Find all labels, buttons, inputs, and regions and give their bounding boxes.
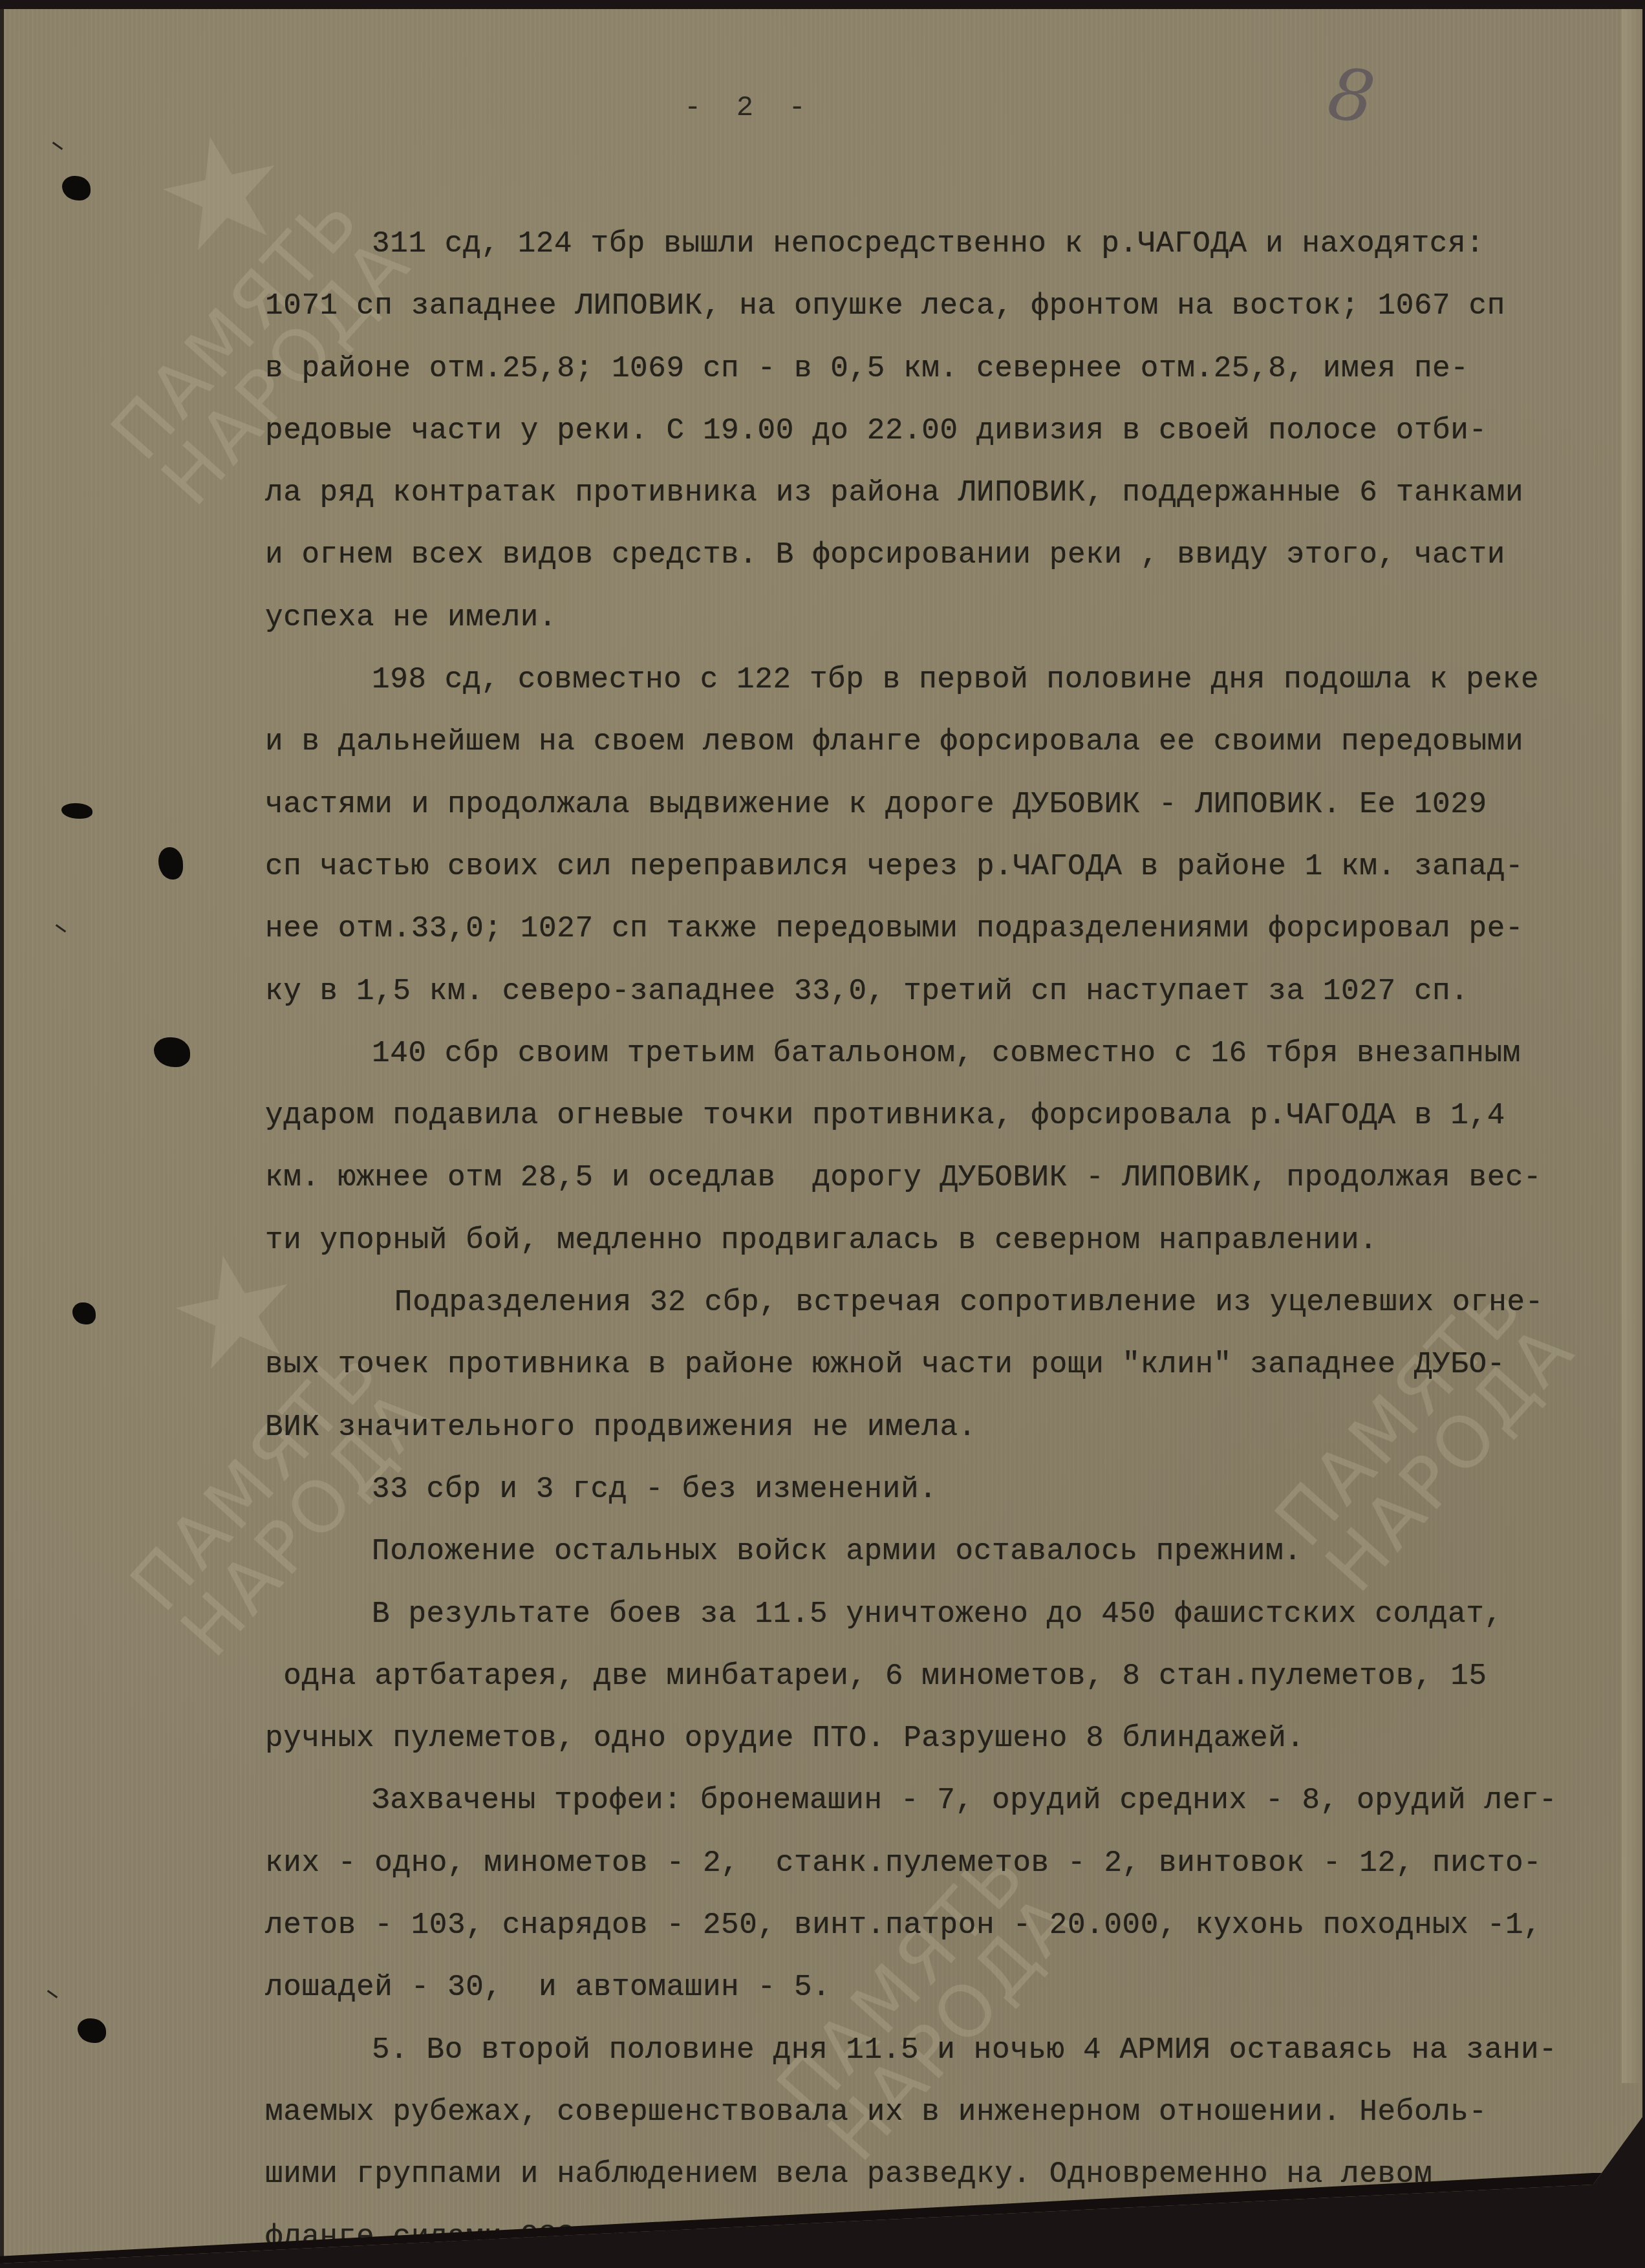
text-line: В результате боев за 11.5 уничтожено до … (265, 1583, 1610, 1645)
paper-mark (47, 1990, 58, 1998)
document-page: ★ ПАМЯТЬ НАРОДА ★ ПАМЯТЬ НАРОДА ПАМЯТЬ Н… (0, 9, 1642, 2263)
text-line: ла ряд контратак противника из района ЛИ… (265, 462, 1610, 524)
text-line: частями и продолжала выдвижение к дороге… (265, 773, 1610, 836)
text-line: 140 сбр своим третьим батальоном, совмес… (265, 1022, 1610, 1085)
paper-mark (56, 924, 66, 933)
punch-hole (62, 176, 91, 200)
text-line: летов - 103, снарядов - 250, винт.патрон… (265, 1894, 1610, 1956)
page-number: - 2 - (684, 92, 815, 124)
text-line: ти упорный бой, медленно продвигалась в … (265, 1209, 1610, 1271)
text-line: сп частью своих сил переправился через р… (265, 836, 1610, 898)
text-line: 311 сд, 124 тбр вышли непосредственно к … (265, 213, 1610, 275)
text-line: нее отм.33,0; 1027 сп также передовыми п… (265, 898, 1610, 960)
text-line: 33 сбр и 3 гсд - без изменений. (265, 1458, 1610, 1520)
text-line: 1071 сп западнее ЛИПОВИК, на опушке леса… (265, 275, 1610, 337)
handwritten-folio-number: 8 (1323, 52, 1379, 140)
text-line: 5. Во второй половине дня 11.5 и ночью 4… (265, 2019, 1610, 2081)
punch-hole (78, 2018, 106, 2043)
scan-edge-left (0, 9, 4, 2263)
text-line: успеха не имели. (265, 587, 1610, 649)
text-line: вых точек противника в районе южной част… (265, 1334, 1610, 1396)
text-line: ВИК значительного продвижения не имела. (265, 1396, 1610, 1458)
text-line: км. южнее отм 28,5 и оседлав дорогу ДУБО… (265, 1147, 1610, 1209)
text-line: ких - одно, минометов - 2, станк.пулемет… (265, 1832, 1610, 1894)
text-line: в районе отм.25,8; 1069 сп - в 0,5 км. с… (265, 338, 1610, 400)
text-line: и в дальнейшем на своем левом фланге фор… (265, 711, 1610, 773)
punch-hole (72, 1302, 96, 1324)
text-line: маемых рубежах, совершенствовала их в ин… (265, 2081, 1610, 2143)
text-line: Положение остальных войск армии оставало… (265, 1520, 1610, 1582)
text-line: одна артбатарея, две минбатареи, 6 мином… (265, 1645, 1610, 1707)
punch-hole (154, 1037, 190, 1067)
text-line: Подразделения 32 сбр, встречая сопротивл… (265, 1271, 1610, 1334)
text-line: Захвачены трофеи: бронемашин - 7, орудий… (265, 1769, 1610, 1831)
punch-hole (61, 803, 92, 819)
text-line: шими группами и наблюдением вела разведк… (265, 2143, 1610, 2205)
text-line: редовые части у реки. С 19.00 до 22.00 д… (265, 400, 1610, 462)
punch-hole (158, 847, 183, 880)
text-line: ударом подавила огневые точки противника… (265, 1085, 1610, 1147)
document-body: 311 сд, 124 тбр вышли непосредственно к … (265, 213, 1610, 2263)
paper-fold-right (1622, 9, 1642, 2083)
text-line: ку в 1,5 км. северо-западнее 33,0, трети… (265, 960, 1610, 1022)
text-line: и огнем всех видов средств. В форсирован… (265, 524, 1610, 586)
text-line: 198 сд, совместно с 122 тбр в первой пол… (265, 649, 1610, 711)
paper-mark (52, 142, 63, 150)
text-line: лошадей - 30, и автомашин - 5. (265, 1956, 1610, 2018)
text-line: ручных пулеметов, одно орудие ПТО. Разру… (265, 1707, 1610, 1769)
